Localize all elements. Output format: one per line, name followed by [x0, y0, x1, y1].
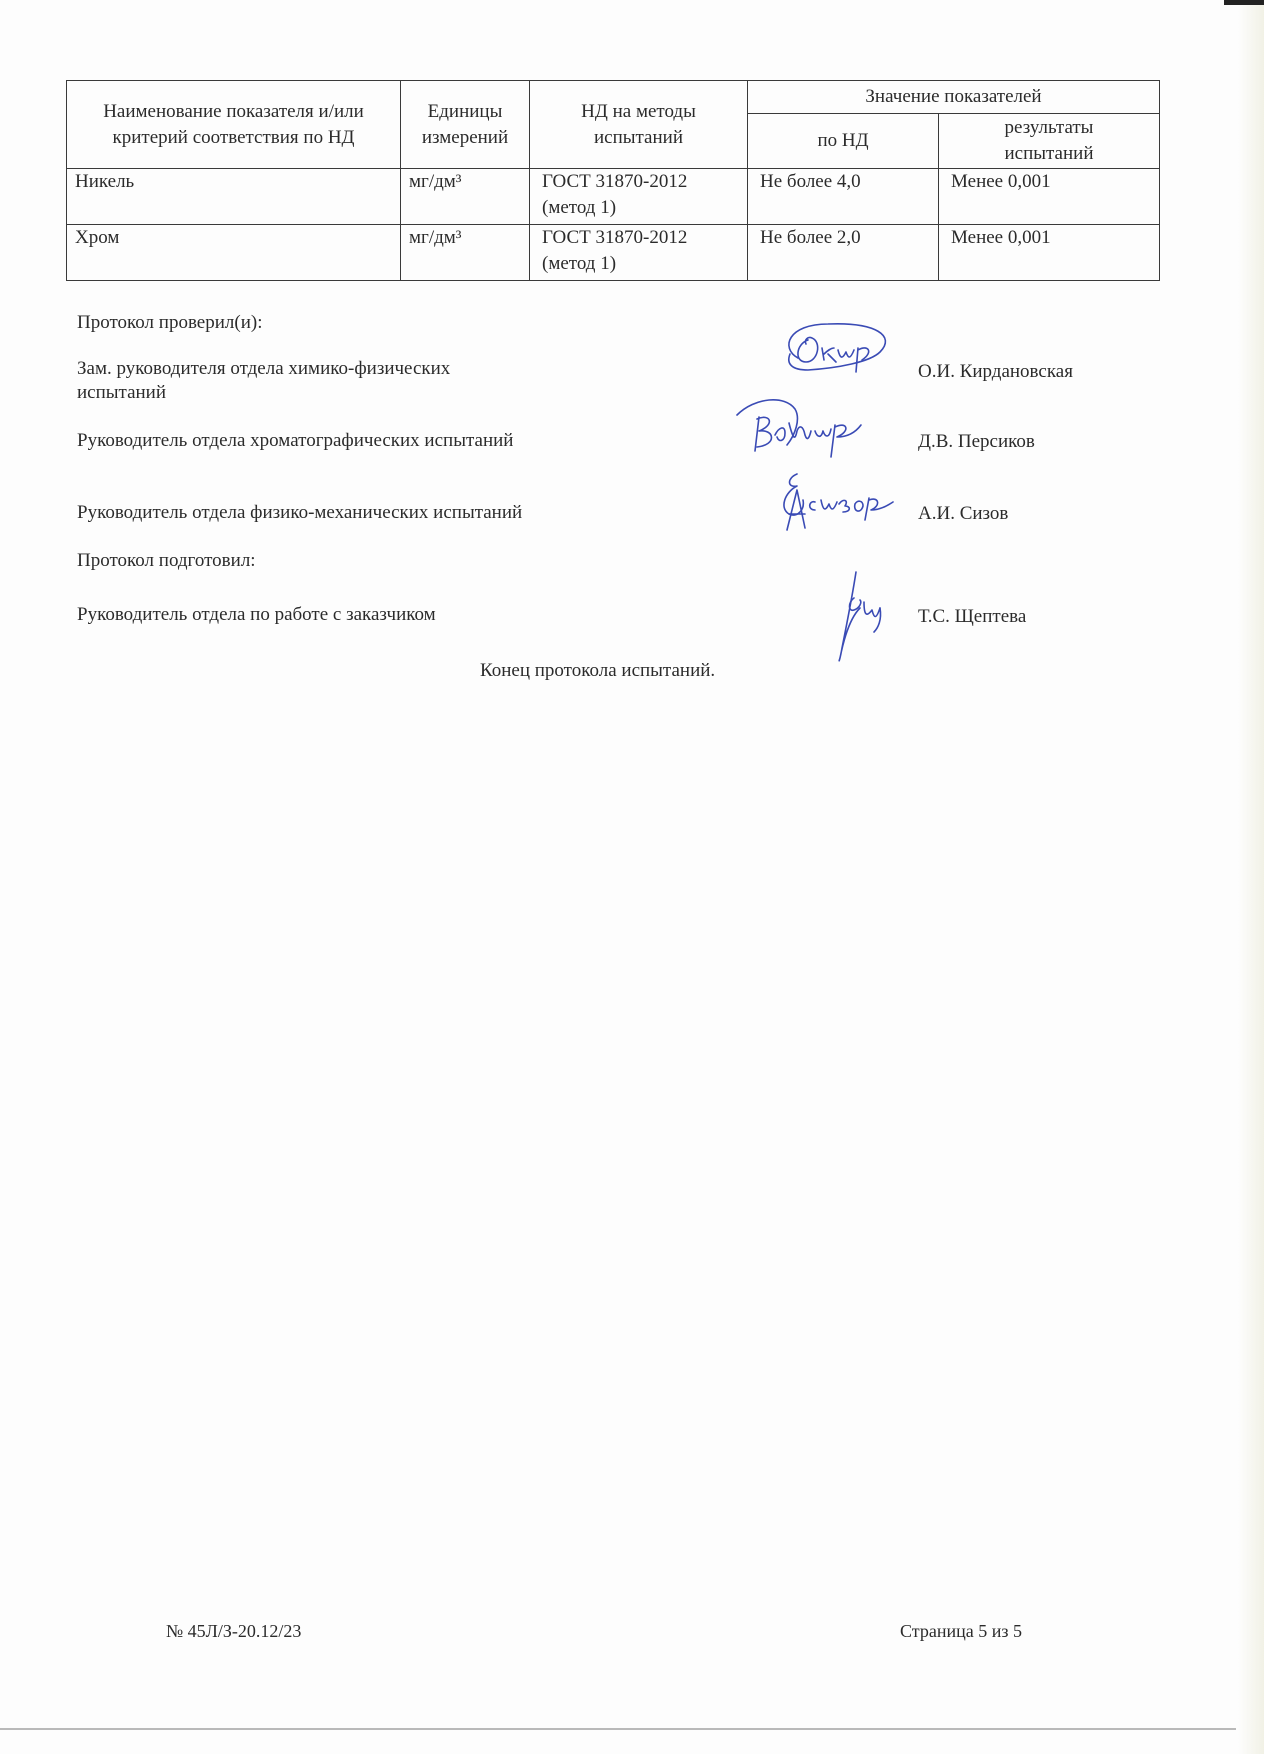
- prepared-by-label: Протокол подготовил:: [77, 549, 256, 573]
- signature-3: [775, 470, 895, 536]
- method-line-2: (метод 1): [542, 251, 735, 277]
- handwritten-signature-icon: [775, 470, 895, 536]
- handwritten-signature-icon: [820, 568, 900, 668]
- header-norm: по НД: [748, 114, 939, 169]
- header-result: результаты испытаний: [939, 114, 1160, 169]
- header-result-text: результаты испытаний: [939, 115, 1159, 167]
- cell-result: Менее 0,001: [939, 225, 1160, 281]
- header-indicator-name: Наименование показателя и/или критерий с…: [67, 81, 401, 169]
- signature-1: [778, 318, 898, 380]
- signatory-2-name: Д.В. Персиков: [918, 430, 1035, 454]
- header-unit-text: Единицы измерений: [401, 99, 529, 151]
- signatory-1-name: О.И. Кирдановская: [918, 360, 1073, 384]
- header-method: НД на методы испытаний: [530, 81, 748, 169]
- protocol-number: № 45Л/З-20.12/23: [166, 1621, 301, 1642]
- signature-4: [820, 568, 900, 668]
- results-table: Наименование показателя и/или критерий с…: [66, 80, 1160, 281]
- scan-edge-shadow: [1238, 0, 1264, 1754]
- cell-indicator: Хром: [67, 225, 401, 281]
- header-value-group: Значение показателей: [748, 81, 1160, 114]
- end-of-protocol-note: Конец протокола испытаний.: [480, 659, 715, 683]
- method-line-2: (метод 1): [542, 195, 735, 221]
- cell-unit: мг/дм³: [401, 169, 530, 225]
- cell-method: ГОСТ 31870-2012 (метод 1): [530, 225, 748, 281]
- cell-norm: Не более 2,0: [748, 225, 939, 281]
- cell-result: Менее 0,001: [939, 169, 1160, 225]
- table-row: Никель мг/дм³ ГОСТ 31870-2012 (метод 1) …: [67, 169, 1160, 225]
- cell-norm: Не более 4,0: [748, 169, 939, 225]
- header-indicator-name-text: Наименование показателя и/или критерий с…: [67, 99, 400, 151]
- handwritten-signature-icon: [735, 395, 875, 465]
- scan-bottom-line: [0, 1728, 1236, 1730]
- signatory-1-position-cont: испытаний: [77, 381, 166, 405]
- header-method-text: НД на методы испытаний: [530, 99, 747, 151]
- signatory-2-position: Руководитель отдела хроматографических и…: [77, 429, 513, 453]
- signatory-3-position: Руководитель отдела физико-механических …: [77, 501, 522, 525]
- signatory-1-position: Зам. руководителя отдела химико-физическ…: [77, 357, 450, 381]
- checked-by-label: Протокол проверил(и):: [77, 311, 262, 335]
- preparer-name: Т.С. Щептева: [918, 605, 1026, 629]
- signatory-3-name: А.И. Сизов: [918, 502, 1008, 526]
- table-row: Хром мг/дм³ ГОСТ 31870-2012 (метод 1) Не…: [67, 225, 1160, 281]
- signature-2: [735, 395, 875, 465]
- header-unit: Единицы измерений: [401, 81, 530, 169]
- method-line-1: ГОСТ 31870-2012: [542, 169, 735, 195]
- cell-unit: мг/дм³: [401, 225, 530, 281]
- document-page: Наименование показателя и/или критерий с…: [0, 0, 1264, 1754]
- scan-corner-mark: [1224, 0, 1264, 5]
- method-line-1: ГОСТ 31870-2012: [542, 225, 735, 251]
- cell-indicator: Никель: [67, 169, 401, 225]
- cell-method: ГОСТ 31870-2012 (метод 1): [530, 169, 748, 225]
- preparer-position: Руководитель отдела по работе с заказчик…: [77, 603, 436, 627]
- page-number: Страница 5 из 5: [900, 1621, 1022, 1642]
- handwritten-signature-icon: [778, 318, 898, 380]
